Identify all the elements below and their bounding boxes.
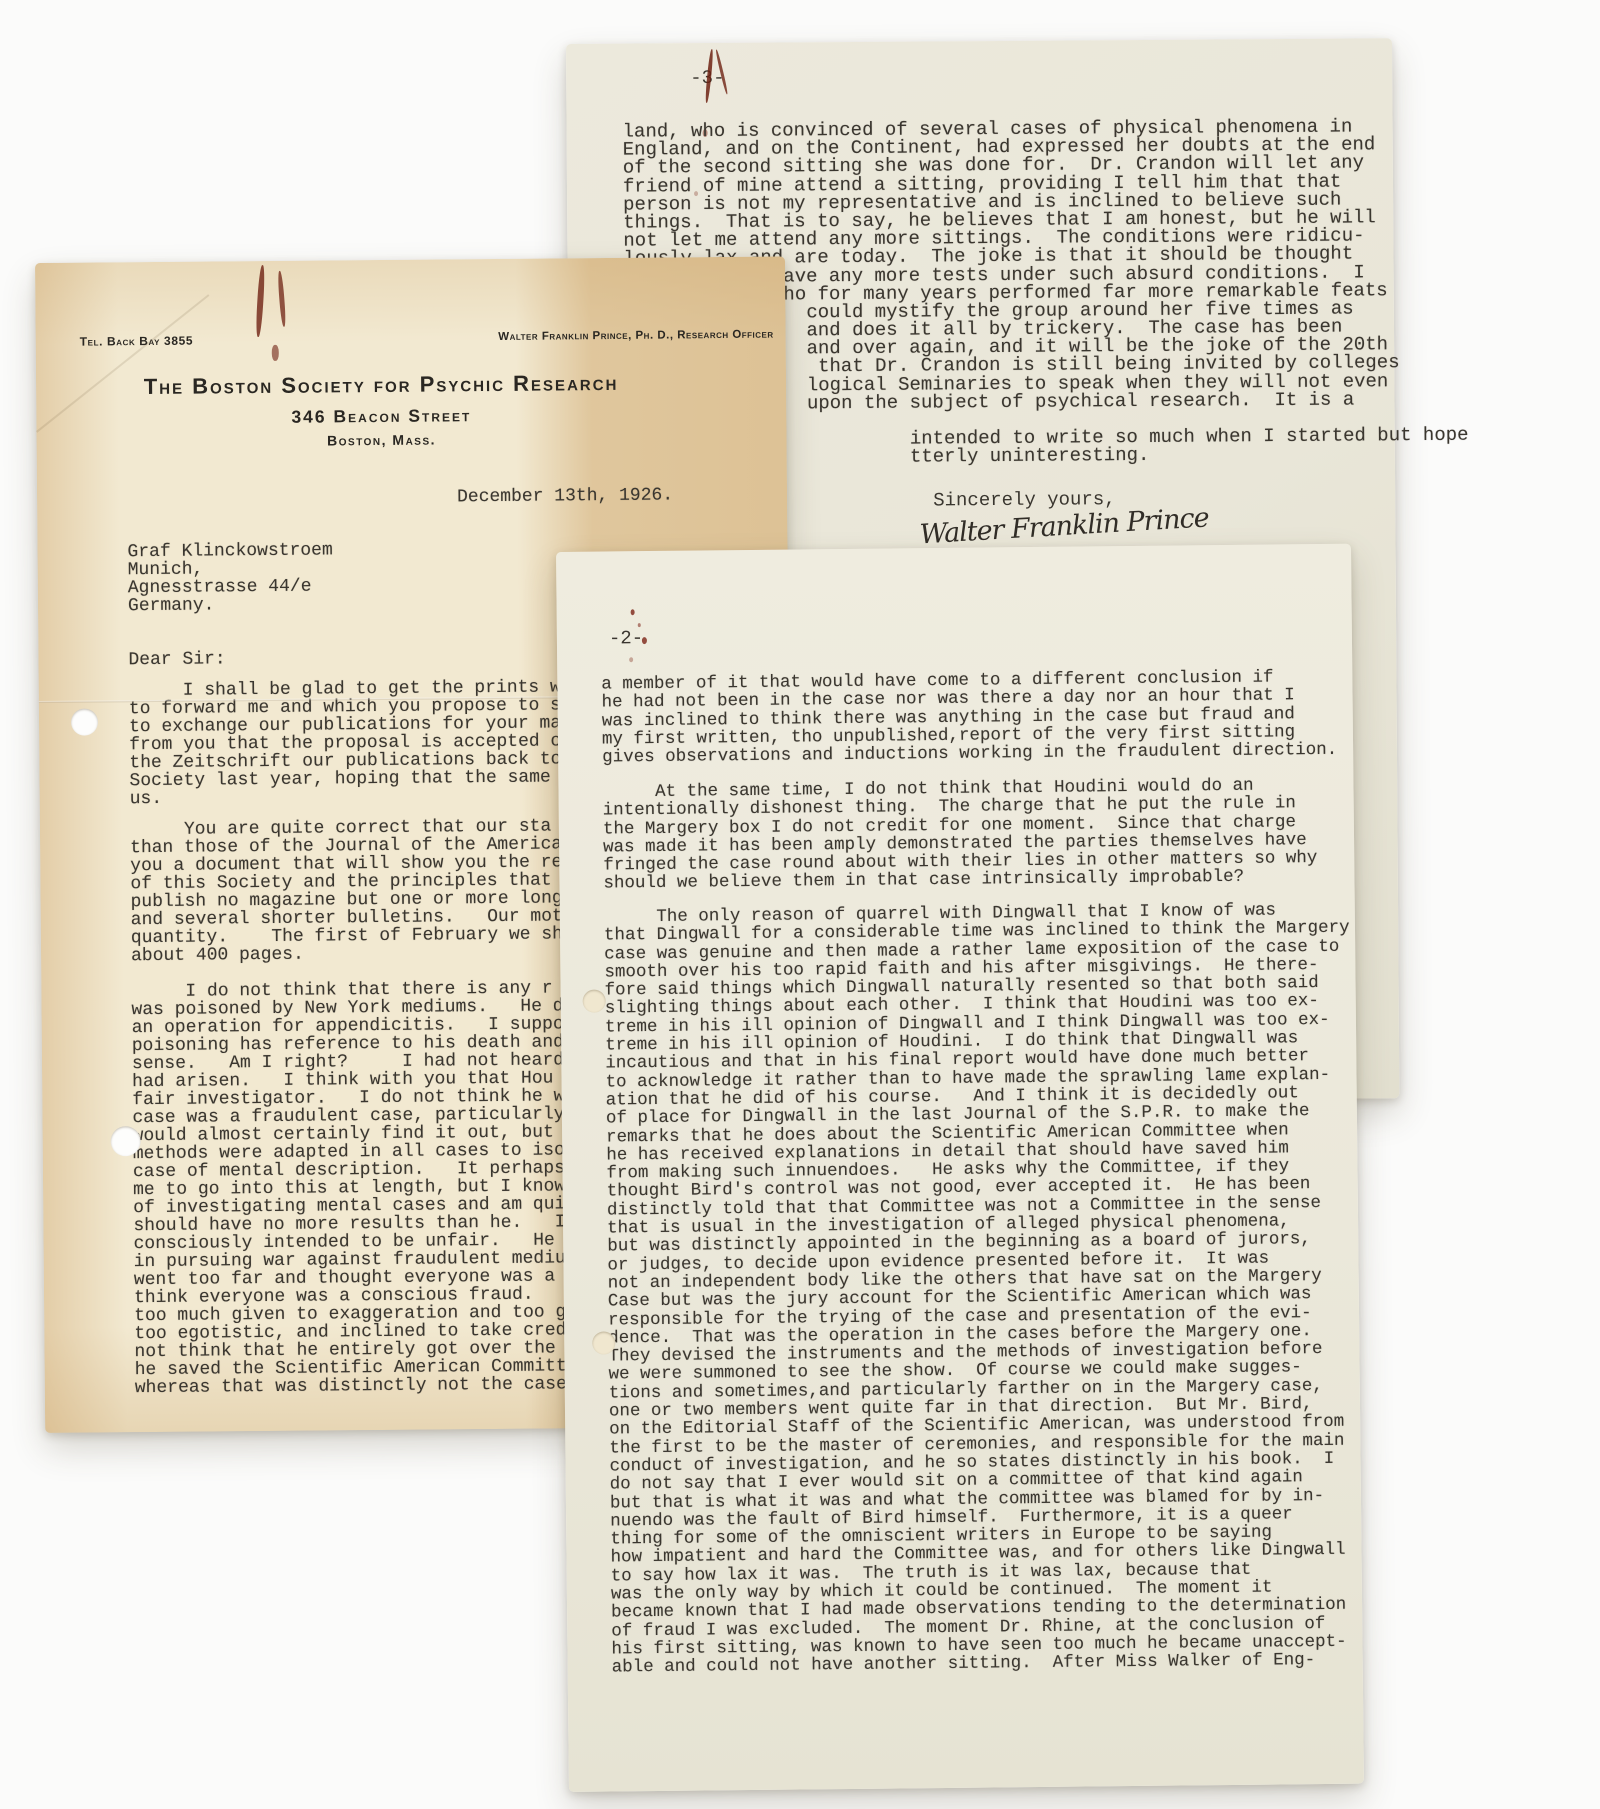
letterhead-organization: The Boston Society for Psychic Research: [36, 369, 726, 401]
punch-hole: [111, 1126, 141, 1156]
letterhead-officer: Walter Franklin Prince, Ph. D., Research…: [498, 329, 774, 343]
typed-paragraph: At the same time, I do not think that Ho…: [602, 776, 1317, 893]
red-ink-stain: [255, 265, 265, 337]
letterhead-city: Boston, Mass.: [37, 429, 727, 451]
punch-hole: [71, 708, 98, 735]
closing-salutation: Sincerely yours,: [933, 488, 1116, 511]
red-ink-dot: [629, 657, 633, 662]
typed-paragraph: You are quite correct that our stathan t…: [130, 817, 574, 965]
typed-paragraph: a member of it that would have come to a…: [601, 668, 1337, 767]
typed-line: Society last year, hoping that the same: [129, 768, 561, 790]
punch-hole: [583, 990, 606, 1013]
letter-page-2: -2- a member of it that would have come …: [556, 544, 1364, 1792]
red-ink-dot: [631, 609, 635, 615]
typed-line: should we believe them in that case intr…: [603, 868, 1317, 894]
typed-paragraph: I do not think that there is any rwas po…: [131, 979, 567, 1397]
red-ink-stain: [277, 271, 286, 327]
red-ink-dot: [642, 637, 647, 644]
typed-line: Agnesstrasse 44/e: [128, 577, 333, 597]
letter-date: December 13th, 1926.: [457, 485, 673, 507]
punch-hole: [592, 1331, 615, 1354]
salutation: Dear Sir:: [128, 649, 225, 670]
typed-line: Germany.: [128, 595, 333, 615]
typed-paragraph: The only reason of quarrel with Dingwall…: [604, 901, 1358, 1677]
recipient-address: Graf KlinckowstroemMunich,Agnesstrasse 4…: [127, 541, 333, 615]
letterhead-street: 346 Beacon Street: [36, 403, 726, 430]
typed-line: quantity. The first of February we sha: [131, 925, 574, 947]
typed-line: Graf Klinckowstroem: [127, 541, 332, 561]
red-ink-stain: [272, 345, 279, 361]
typed-line: whereas that was distinctly not the case: [135, 1375, 567, 1397]
page-number: -2-: [609, 627, 643, 649]
scan-background: -3- land, who is convinced of several ca…: [0, 0, 1600, 1809]
typed-line: about 400 pages.: [131, 943, 574, 965]
letterhead-telephone: Tel. Back Bay 3855: [80, 334, 194, 349]
red-ink-dot: [638, 623, 641, 627]
